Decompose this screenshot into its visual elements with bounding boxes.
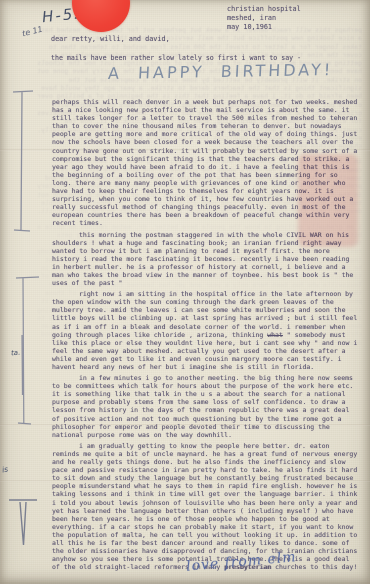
paragraph-people: i am gradually getting to know the peopl… xyxy=(52,442,359,572)
struck-out-word: what xyxy=(267,331,283,339)
margin-insertion-note: is xyxy=(1,465,8,475)
margin-bracket-mark-2 xyxy=(14,275,42,427)
letterhead-date: may 10,1961 xyxy=(227,23,301,32)
red-pencil-highlight xyxy=(298,154,358,247)
letterhead: christian hospital meshed, iran may 10,1… xyxy=(227,5,301,31)
margin-spike-mark xyxy=(7,497,39,549)
paragraph-hospital-office: right now i am sitting in the hospital o… xyxy=(52,290,359,371)
paragraph-segment: i am gradually getting to know the peopl… xyxy=(52,442,357,571)
birthday-headline-handwritten: A HAPPY BIRTHDAY! xyxy=(108,60,334,83)
letterhead-city: meshed, iran xyxy=(227,14,301,23)
paragraph-committees: in a few minutes i go to another meeting… xyxy=(52,374,359,439)
salutation: dear retty, willi, and david, xyxy=(51,35,170,43)
letter-page: perhaps this will reach denver in a week… xyxy=(0,0,370,584)
letterhead-hospital: christian hospital xyxy=(227,5,301,14)
margin-bracket-mark-1 xyxy=(11,89,37,235)
paragraph-segment: this morning the postman staggered in wi… xyxy=(79,231,286,239)
